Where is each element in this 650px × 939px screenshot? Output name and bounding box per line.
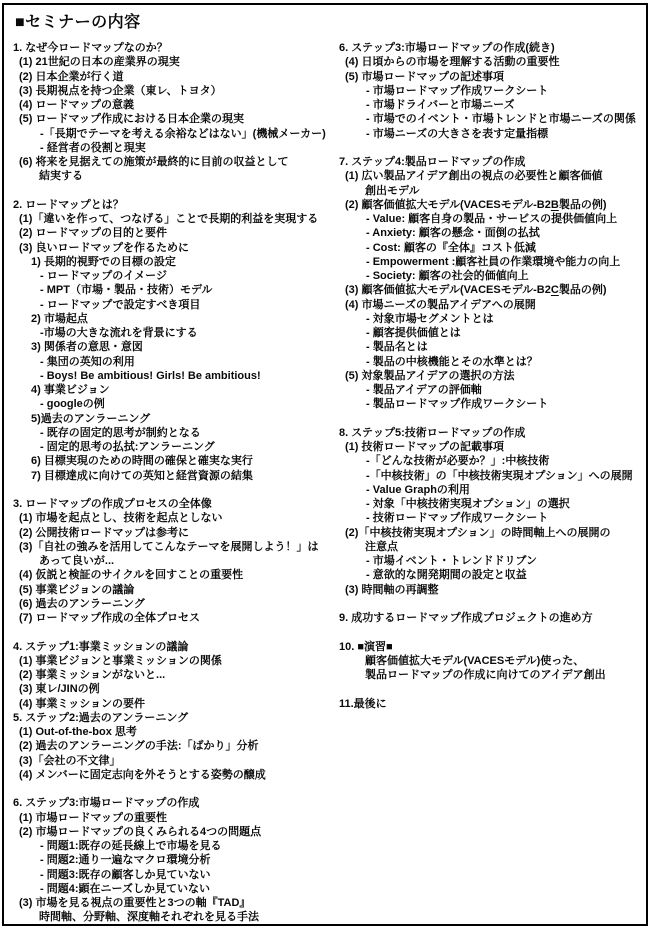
outline-line: (1)「違いを作って、つなげる」ことで長期的利益を実現する: [13, 212, 339, 226]
outline-line: -市場の大きな流れを背景にする: [13, 326, 339, 340]
outline-line: 1. なぜ今ロードマップなのか？: [13, 41, 339, 55]
outline-line: (6) 過去のアンラーニング: [13, 597, 339, 611]
document-page: ■セミナーの内容 1. なぜ今ロードマップなのか？(1) 21世紀の日本の産業界…: [2, 3, 648, 926]
outline-line: - 製品の中核機能とその水準とは？: [339, 355, 644, 369]
outline-line: - 既存の固定的思考が制約となる: [13, 426, 339, 440]
outline-line: - 固定的思考の払拭:アンラーニング: [13, 440, 339, 454]
outline-line: - Empowerment :顧客社員の作業環境や能力の向上: [339, 255, 644, 269]
outline-line: - Value Graphの利用: [339, 483, 644, 497]
outline-line: (3)「自社の強みを活用してこんなテーマを展開しよう！」は: [13, 540, 339, 554]
outline-line: (5) 市場ロードマップの記述事項: [339, 70, 644, 84]
text-segment: (3) 顧客価値拡大モデル(VACESモデル-B2: [345, 284, 551, 296]
outline-line: - ロードマップのイメージ: [13, 269, 339, 283]
outline-line: (2) ロードマップの目的と要件: [13, 226, 339, 240]
outline-line: - Anxiety: 顧客の懸念・面倒の払拭: [339, 226, 644, 240]
outline-line: 7) 目標達成に向けての英知と経営資源の結集: [13, 469, 339, 483]
outline-line: -「中核技術」の「中核技術実現オプション」への展開: [339, 469, 644, 483]
outline-line: (2) 公開技術ロードマップは参考に: [13, 526, 339, 540]
outline-line: 結実する: [13, 169, 339, 183]
outline-line: (1) Out-of-the-box 思考: [13, 725, 339, 739]
outline-line: - 製品アイデアの評価軸: [339, 383, 644, 397]
outline-line: (3) 市場を見る視点の重要性と3つの軸『TAD』: [13, 896, 339, 910]
outline-line: - Boys! Be ambitious! Girls! Be ambitiou…: [13, 369, 339, 383]
outline-line: (5) ロードマップ作成における日本企業の現実: [13, 112, 339, 126]
outline-line: - MPT（市場・製品・技術）モデル: [13, 283, 339, 297]
outline-line: (1) 市場ロードマップの重要性: [13, 811, 339, 825]
outline-line: - 顧客提供価値とは: [339, 326, 644, 340]
outline-line: [339, 682, 644, 696]
outline-line: [339, 141, 644, 155]
outline-line: - 製品ロードマップ作成ワークシート: [339, 397, 644, 411]
outline-line: - 市場ニーズの大きさを表す定量指標: [339, 127, 644, 141]
outline-line: [13, 782, 339, 796]
underlined-text: B: [551, 199, 559, 211]
right-column: 6. ステップ3:市場ロードマップの作成(続き)(4) 日頃からの市場を理解する…: [339, 41, 644, 711]
outline-line: (2) 市場ロードマップの良くみられる4つの問題点: [13, 825, 339, 839]
outline-line: - 意欲的な開発期間の設定と収益: [339, 568, 644, 582]
outline-line: 9. 成功するロードマップ作成プロジェクトの進め方: [339, 611, 644, 625]
outline-line: 3) 関係者の意思・意図: [13, 340, 339, 354]
text-segment: 製品の例): [559, 284, 607, 296]
outline-line: 時間軸、分野軸、深度軸それぞれを見る手法: [13, 910, 339, 924]
outline-line: 5. ステップ2:過去のアンラーニング: [13, 711, 339, 725]
page-title: ■セミナーの内容: [15, 13, 642, 33]
outline-line: 6) 目標実現のための時間の確保と確実な実行: [13, 454, 339, 468]
outline-line: 11.最後に: [339, 697, 644, 711]
outline-line: - 問題4:顕在ニーズしか見ていない: [13, 882, 339, 896]
outline-line: 7. ステップ4:製品ロードマップの作成: [339, 155, 644, 169]
outline-line: (1) 市場を起点とし、技術を起点としない: [13, 511, 339, 525]
outline-line: -「長期でテーマを考える余裕などはない」(機械メーカー): [13, 127, 339, 141]
outline-line: (3) 顧客価値拡大モデル(VACESモデル-B2C製品の例): [339, 283, 644, 297]
outline-line: - 問題1:既存の延長線上で市場を見る: [13, 839, 339, 853]
outline-line: 8. ステップ5:技術ロードマップの作成: [339, 426, 644, 440]
text-segment: 製品の例): [559, 199, 607, 211]
outline-line: 1) 長期的視野での目標の設定: [13, 255, 339, 269]
outline-line: - 問題2:通り一遍なマクロ環境分析: [13, 853, 339, 867]
outline-line: (2) 日本企業が行く道: [13, 70, 339, 84]
outline-line: 顧客価値拡大モデル(VACESモデル)使った、: [339, 654, 644, 668]
outline-line: (1) 事業ビジョンと事業ミッションの関係: [13, 654, 339, 668]
outline-line: (6) 将来を見据えての施策が最終的に目前の収益として: [13, 155, 339, 169]
outline-line: (3) 東レ/JINの例: [13, 682, 339, 696]
outline-line: (1) 広い製品アイデア創出の視点の必要性と顧客価値: [339, 169, 644, 183]
outline-line: 創出モデル: [339, 184, 644, 198]
outline-line: -「どんな技術が必要か？」:中核技術: [339, 454, 644, 468]
outline-line: (4) 市場ニーズの製品アイデアへの展開: [339, 298, 644, 312]
outline-line: 4) 事業ビジョン: [13, 383, 339, 397]
outline-line: (2) 事業ミッションがないと...: [13, 668, 339, 682]
outline-line: (3)「会社の不文律」: [13, 754, 339, 768]
outline-line: - 対象市場セグメントとは: [339, 312, 644, 326]
outline-line: (1) 技術ロードマップの記載事項: [339, 440, 644, 454]
outline-line: 10. ■演習■: [339, 640, 644, 654]
outline-line: あって良いが...: [13, 554, 339, 568]
outline-line: - Society: 顧客の社会的価値向上: [339, 269, 644, 283]
outline-line: [13, 483, 339, 497]
outline-line: 2) 市場起点: [13, 312, 339, 326]
outline-line: 注意点: [339, 540, 644, 554]
outline-line: (1) 21世紀の日本の産業界の現実: [13, 55, 339, 69]
outline-line: 5)過去のアンラーニング: [13, 412, 339, 426]
outline-line: [339, 625, 644, 639]
outline-line: - 製品名とは: [339, 340, 644, 354]
outline-line: (2) 過去のアンラーニングの手法:「ばかり」分析: [13, 739, 339, 753]
outline-line: - 技術ロードマップ作成ワークシート: [339, 511, 644, 525]
outline-line: (3) 長期視点を持つ企業（東レ、トヨタ）: [13, 84, 339, 98]
outline-line: [339, 597, 644, 611]
outline-line: - Cost: 顧客の『全体』コスト低減: [339, 241, 644, 255]
outline-line: - 対象「中核技術実現オプション」の選択: [339, 497, 644, 511]
left-column: 1. なぜ今ロードマップなのか？(1) 21世紀の日本の産業界の現実(2) 日本…: [13, 41, 339, 925]
outline-line: - 市場イベント・トレンドドリブン: [339, 554, 644, 568]
outline-line: (4) ロードマップの意義: [13, 98, 339, 112]
outline-line: (4) メンバーに固定志向を外そうとする姿勢の醸成: [13, 768, 339, 782]
outline-line: - 市場ドライバーと市場ニーズ: [339, 98, 644, 112]
outline-line: (2)「中核技術実現オプション」の時間軸上への展開の: [339, 526, 644, 540]
outline-line: - 集団の英知の利用: [13, 355, 339, 369]
outline-line: (7) ロードマップ作成の全体プロセス: [13, 611, 339, 625]
outline-line: (4) 日頃からの市場を理解する活動の重要性: [339, 55, 644, 69]
outline-line: 2. ロードマップとは？: [13, 198, 339, 212]
outline-line: - ロードマップで設定すべき項目: [13, 298, 339, 312]
outline-line: - 市場でのイベント・市場トレンドと市場ニーズの関係: [339, 112, 644, 126]
outline-columns: 1. なぜ今ロードマップなのか？(1) 21世紀の日本の産業界の現実(2) 日本…: [13, 41, 642, 925]
outline-line: - Value: 顧客自身の製品・サービスの提供価値向上: [339, 212, 644, 226]
outline-line: (5) 対象製品アイデアの選択の方法: [339, 369, 644, 383]
outline-line: - googleの例: [13, 397, 339, 411]
outline-line: 3. ロードマップの作成プロセスの全体像: [13, 497, 339, 511]
outline-line: 製品ロードマップの作成に向けてのアイデア創出: [339, 668, 644, 682]
outline-line: [13, 184, 339, 198]
outline-line: (4) 事業ミッションの要件: [13, 697, 339, 711]
underlined-text: C: [551, 284, 559, 296]
outline-line: 4. ステップ1:事業ミッションの議論: [13, 640, 339, 654]
outline-line: - 経営者の役割と現実: [13, 141, 339, 155]
outline-line: 6. ステップ3:市場ロードマップの作成(続き): [339, 41, 644, 55]
outline-line: - 市場ロードマップ作成ワークシート: [339, 84, 644, 98]
outline-line: 6. ステップ3:市場ロードマップの作成: [13, 796, 339, 810]
text-segment: (2) 顧客価値拡大モデル(VACESモデル-B2: [345, 199, 551, 211]
outline-line: [13, 625, 339, 639]
outline-line: (3) 時間軸の再調整: [339, 583, 644, 597]
outline-line: (2) 顧客価値拡大モデル(VACESモデル-B2B製品の例): [339, 198, 644, 212]
outline-line: (5) 事業ビジョンの議論: [13, 583, 339, 597]
outline-line: (4) 仮説と検証のサイクルを回すことの重要性: [13, 568, 339, 582]
outline-line: [339, 412, 644, 426]
outline-line: - 問題3:既存の顧客しか見ていない: [13, 868, 339, 882]
outline-line: (3) 良いロードマップを作るために: [13, 241, 339, 255]
